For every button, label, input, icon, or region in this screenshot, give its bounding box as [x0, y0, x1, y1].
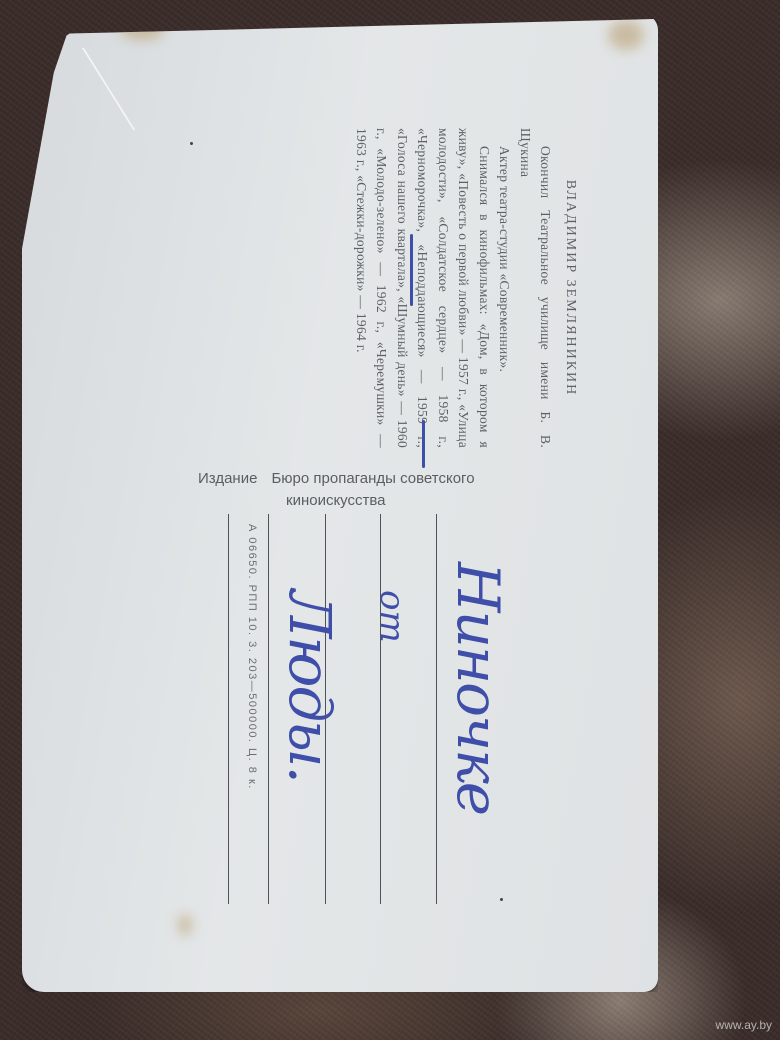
address-line-4: [268, 514, 269, 904]
site-watermark: www.ay.by: [716, 1018, 772, 1032]
stain-bottom: [178, 914, 192, 936]
handwritten-sender: Люды.: [276, 590, 344, 782]
stain-top-right: [608, 20, 644, 50]
handwritten-from: от: [372, 590, 412, 643]
handwritten-recipient: Ниночке: [444, 562, 512, 814]
address-line-2: [380, 514, 381, 904]
actor-name-title: ВЛАДИМИР ЗЕМЛЯНИКИН: [560, 128, 581, 448]
publisher-line-2: киноискусства: [198, 490, 578, 512]
publisher-label: Издание: [198, 468, 257, 490]
speck: [500, 898, 503, 901]
speck: [190, 142, 193, 145]
corner-crease: [82, 48, 191, 130]
bio-theater: Актер театра-студии «Современник».: [494, 128, 515, 448]
address-line-1: [436, 514, 437, 904]
address-line-5: [228, 514, 229, 904]
publisher-line-1: Бюро пропаганды советского: [271, 470, 474, 487]
publisher-block: ИзданиеБюро пропаганды советского киноис…: [198, 468, 578, 512]
ink-underline-1: [410, 234, 413, 306]
print-imprint: А 06650. РПП 10. 3. 203—500000. Ц. 8 к.: [246, 524, 258, 790]
bio-filmography: Снимался в кинофильмах: «Дом, в котором …: [351, 128, 495, 448]
biography-block: ВЛАДИМИР ЗЕМЛЯНИКИН Окончил Театральное …: [351, 128, 581, 448]
bio-education: Окончил Театральное училище имени Б. В. …: [515, 128, 556, 448]
ink-underline-2: [422, 420, 425, 468]
